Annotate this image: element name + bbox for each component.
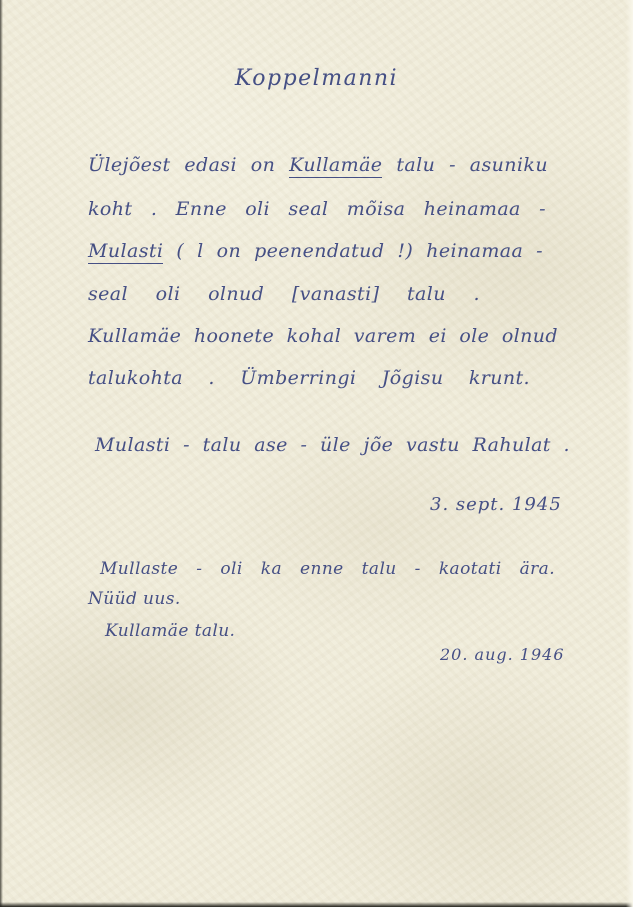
body-line: Mulasti - talu ase - üle jõe vastu Rahul… xyxy=(95,432,570,458)
body-line: Mullaste - oli ka enne talu - kaotati är… xyxy=(100,556,555,582)
date-line: 20. aug. 1946 xyxy=(440,642,565,668)
body-line: Mulasti ( l on peenendatud !) heinamaa - xyxy=(88,238,543,264)
body-line: seal oli olnud [vanasti] talu . xyxy=(88,281,480,307)
body-line: koht . Enne oli seal mõisa heinamaa - xyxy=(88,196,546,222)
underlined-name: Mulasti xyxy=(88,240,163,264)
line-text: talu - asuniku xyxy=(396,154,548,176)
scan-edge-left xyxy=(0,0,3,907)
line-text: Kullamäe hoonete kohal varem ei ole olnu… xyxy=(88,325,558,347)
line-text: Ülejõest edasi on xyxy=(88,154,275,176)
line-text: koht . Enne oli seal mõisa heinamaa - xyxy=(88,198,546,220)
line-text: Kullamäe talu. xyxy=(105,621,235,641)
underlined-name: Kullamäe xyxy=(289,154,382,178)
line-text: Mulasti - talu ase - üle jõe vastu Rahul… xyxy=(95,434,570,456)
line-text: ( l on peenendatud !) heinamaa - xyxy=(176,240,543,262)
body-line: Kullamäe talu. xyxy=(105,618,235,644)
body-line: Nüüd uus. xyxy=(88,586,181,612)
body-line: Ülejõest edasi on Kullamäe talu - asunik… xyxy=(88,152,548,178)
body-line: talukohta . Ümberringi Jõgisu krunt. xyxy=(88,365,530,391)
scanned-page: Koppelmanni Ülejõest edasi on Kullamäe t… xyxy=(0,0,633,907)
body-line: Kullamäe hoonete kohal varem ei ole olnu… xyxy=(88,323,558,349)
page-title: Koppelmanni xyxy=(0,66,633,91)
scan-edge-bottom xyxy=(0,902,633,907)
line-text: Mullaste - oli ka enne talu - kaotati är… xyxy=(100,559,555,579)
scan-edge-right xyxy=(626,0,633,907)
line-text: seal oli olnud [vanasti] talu . xyxy=(88,283,480,305)
date-line: 3. sept. 1945 xyxy=(430,492,562,518)
line-text: Nüüd uus. xyxy=(88,589,181,609)
line-text: talukohta . Ümberringi Jõgisu krunt. xyxy=(88,367,530,389)
